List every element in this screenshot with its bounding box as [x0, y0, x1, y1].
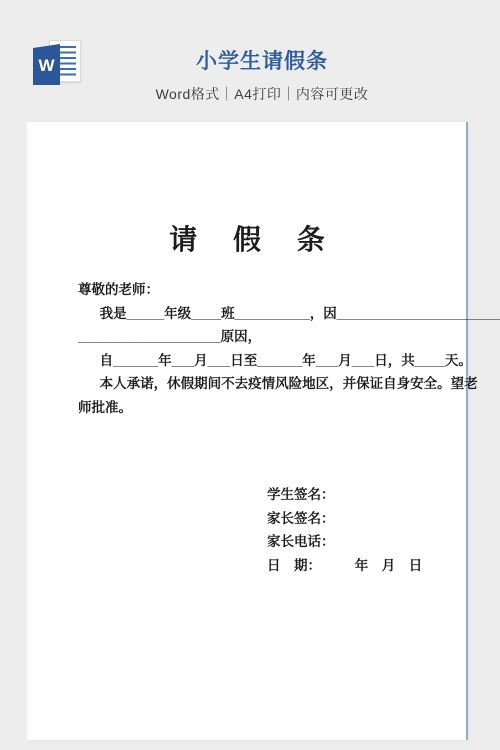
document-body: 尊敬的老师： 我是_____年级____班__________，因_______…: [78, 278, 430, 419]
body-line-reason-blank: ___________________原因，: [78, 325, 430, 349]
signature-block: 学生签名： 家长签名： 家长电话： 日 期： 年 月 日: [267, 483, 466, 577]
document-page: 请 假 条 尊敬的老师： 我是_____年级____班__________，因_…: [28, 122, 468, 740]
listing-title: 小学生请假条: [24, 45, 500, 75]
body-line-date-range-blanks: 自______年___月___日至______年___月___日，共____天。: [78, 349, 430, 373]
body-line-promise: 本人承诺，休假期间不去疫情风险地区，并保证自身安全。望老: [78, 372, 430, 396]
student-signature-label: 学生签名：: [267, 483, 466, 507]
word-icon-letter: W: [38, 56, 54, 76]
word-icon-text-lines: [60, 46, 76, 76]
body-line-salutation: 尊敬的老师：: [78, 278, 430, 302]
word-file-icon: W: [33, 40, 81, 85]
body-line-promise-wrap: 师批准。: [78, 396, 430, 420]
document-title: 请 假 条: [28, 218, 466, 258]
body-line-identity-blanks: 我是_____年级____班__________，因______________…: [78, 302, 430, 326]
listing-header: W 小学生请假条 Word格式｜A4打印｜内容可更改: [0, 0, 500, 110]
word-icon-blue-panel: W: [33, 44, 60, 85]
parent-phone-label: 家长电话：: [267, 530, 466, 554]
listing-subtitle: Word格式｜A4打印｜内容可更改: [24, 84, 500, 104]
date-label: 日 期： 年 月 日: [267, 554, 466, 578]
parent-signature-label: 家长签名：: [267, 507, 466, 531]
